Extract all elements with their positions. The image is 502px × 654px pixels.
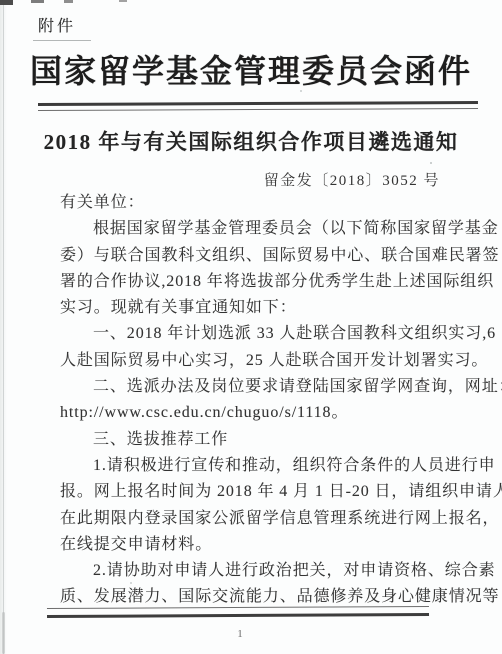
scan-smudge-artifact [0, 0, 13, 5]
body-line: 根据国家留学基金管理委员会（以下简称国家留学基金 [60, 216, 440, 242]
body-line: 实习。现就有关事宜通知如下： [60, 295, 440, 321]
scan-smudge-artifact [64, 0, 73, 3]
notice-title: 2018 年与有关国际组织合作项目遴选通知 [0, 126, 502, 156]
body-line: 委）与联合国教科文组织、国际贸易中心、联合国难民署签 [60, 243, 440, 269]
body-line: 报。网上报名时间为 2018 年 4 月 1 日-20 日，请组织申请人 [60, 479, 440, 505]
body-line: 在线提交申请材料。 [60, 532, 440, 558]
scan-smudge-artifact [31, 0, 44, 3]
body-line: http://www.csc.edu.cn/chuguo/s/1118。 [60, 400, 440, 426]
body-line: 一、2018 年计划选派 33 人赴联合国教科文组织实习,6 [60, 321, 440, 347]
body-line: 人赴国际贸易中心实习，25 人赴联合国开发计划署实习。 [60, 348, 440, 374]
scanned-document-page: 附件 国家留学基金管理委员会函件 2018 年与有关国际组织合作项目遴选通知 留… [0, 0, 502, 654]
body-line: 有关单位： [60, 190, 440, 216]
body-line: 2.请协助对申请人进行政治把关，对申请资格、综合素 [60, 558, 440, 584]
scan-edge-line-artifact [3, 0, 4, 654]
document-number: 留金发〔2018〕3052 号 [264, 169, 440, 190]
attachment-underline [33, 40, 91, 41]
body-line: 署的合作协议,2018 年将选拔部分优秀学生赴上述国际组织 [60, 269, 440, 295]
body-line: 三、选拔推荐工作 [60, 427, 440, 453]
letterhead-title: 国家留学基金管理委员会函件 [0, 46, 502, 92]
scan-smudge-artifact [119, 0, 127, 2]
scan-speckle-artifact [430, 162, 432, 164]
body-line: 1.请积极进行宣传和推动，组织符合条件的人员进行申 [60, 453, 440, 479]
header-double-rule [38, 101, 478, 111]
body-line: 在此期限内登录国家公派留学信息管理系统进行网上报名， [60, 506, 440, 532]
footer-double-rule [47, 606, 429, 618]
body-line: 二、选派办法及岗位要求请登陆国家留学网查询，网址： [60, 374, 440, 400]
attachment-label: 附件 [38, 13, 76, 36]
document-body: 有关单位：根据国家留学基金管理委员会（以下简称国家留学基金委）与联合国教科文组织… [60, 190, 440, 611]
page-number: 1 [0, 628, 480, 640]
